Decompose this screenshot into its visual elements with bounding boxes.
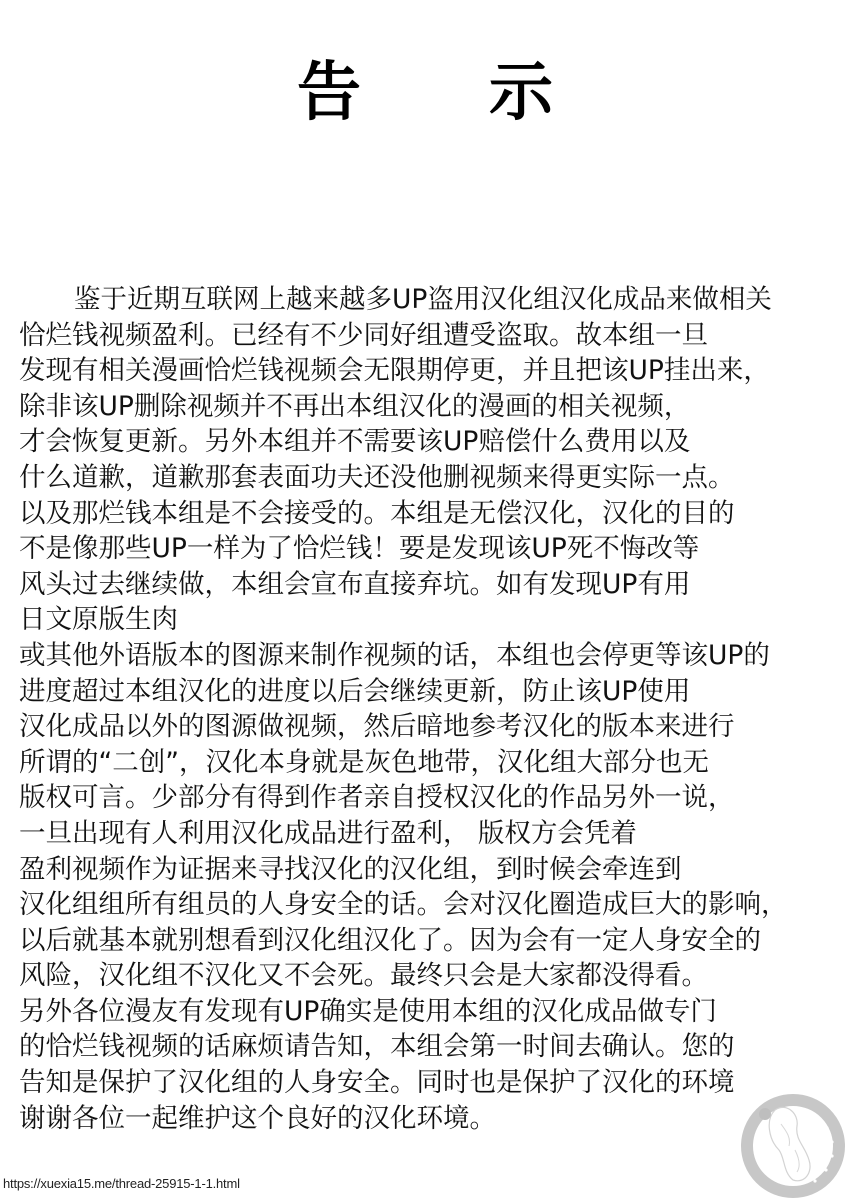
notice-line: 或其他外语版本的图源来制作视频的话，本组也会停更等该UP的	[19, 638, 849, 674]
notice-line: 发现有相关漫画恰烂钱视频会无限期停更，并且把该UP挂出来，	[19, 353, 849, 389]
notice-line: 什么道歉，道歉那套表面功夫还没他删视频来得更实际一点。	[19, 460, 849, 496]
notice-line: 盈利视频作为证据来寻找汉化的汉化组，到时候会牵连到	[19, 852, 849, 888]
title-char-2: 示	[485, 58, 557, 128]
notice-line: 除非该UP删除视频并不再出本组汉化的漫画的相关视频，	[19, 389, 849, 425]
notice-line: 恰烂钱视频盈利。已经有不少同好组遭受盗取。故本组一旦	[19, 318, 849, 354]
notice-line: 以后就基本就别想看到汉化组汉化了。因为会有一定人身安全的	[19, 923, 849, 959]
notice-line: 告知是保护了汉化组的人身安全。同时也是保护了汉化的环境	[19, 1065, 849, 1101]
notice-line: 汉化成品以外的图源做视频，然后暗地参考汉化的版本来进行	[19, 709, 849, 745]
notice-line: 以及那烂钱本组是不会接受的。本组是无偿汉化，汉化的目的	[19, 496, 849, 532]
notice-line: 不是像那些UP一样为了恰烂钱！要是发现该UP死不悔改等	[19, 531, 849, 567]
notice-line: 日文原版生肉	[19, 602, 849, 638]
source-url: https://xuexia15.me/thread-25915-1-1.htm…	[3, 1176, 240, 1191]
notice-line: 鉴于近期互联网上越来越多UP盗用汉化组汉化成品来做相关	[19, 282, 849, 318]
notice-line: 风头过去继续做，本组会宣布直接弃坑。如有发现UP有用	[19, 567, 849, 603]
notice-line: 版权可言。少部分有得到作者亲自授权汉化的作品另外一说，	[19, 780, 849, 816]
notice-line: 一旦出现有人利用汉化成品进行盈利， 版权方会凭着	[19, 816, 849, 852]
notice-line: 另外各位漫友有发现有UP确实是使用本组的汉化成品做专门	[19, 994, 849, 1030]
notice-body: 鉴于近期互联网上越来越多UP盗用汉化组汉化成品来做相关 恰烂钱视频盈利。已经有不…	[19, 282, 849, 1136]
notice-line: 进度超过本组汉化的进度以后会继续更新，防止该UP使用	[19, 674, 849, 710]
watermark-seal-icon	[735, 1080, 845, 1198]
notice-line: 的恰烂钱视频的话麻烦请告知，本组会第一时间去确认。您的	[19, 1029, 849, 1065]
notice-line: 汉化组组所有组员的人身安全的话。会对汉化圈造成巨大的影响，	[19, 887, 849, 923]
notice-line: 才会恢复更新。另外本组并不需要该UP赔偿什么费用以及	[19, 424, 849, 460]
title-char-1: 告	[293, 58, 365, 128]
notice-line: 风险，汉化组不汉化又不会死。最终只会是大家都没得看。	[19, 958, 849, 994]
notice-line: 谢谢各位一起维护这个良好的汉化环境。	[19, 1101, 849, 1137]
notice-line: 所谓的“二创”，汉化本身就是灰色地带，汉化组大部分也无	[19, 745, 849, 781]
page-title: 告示	[0, 58, 850, 128]
